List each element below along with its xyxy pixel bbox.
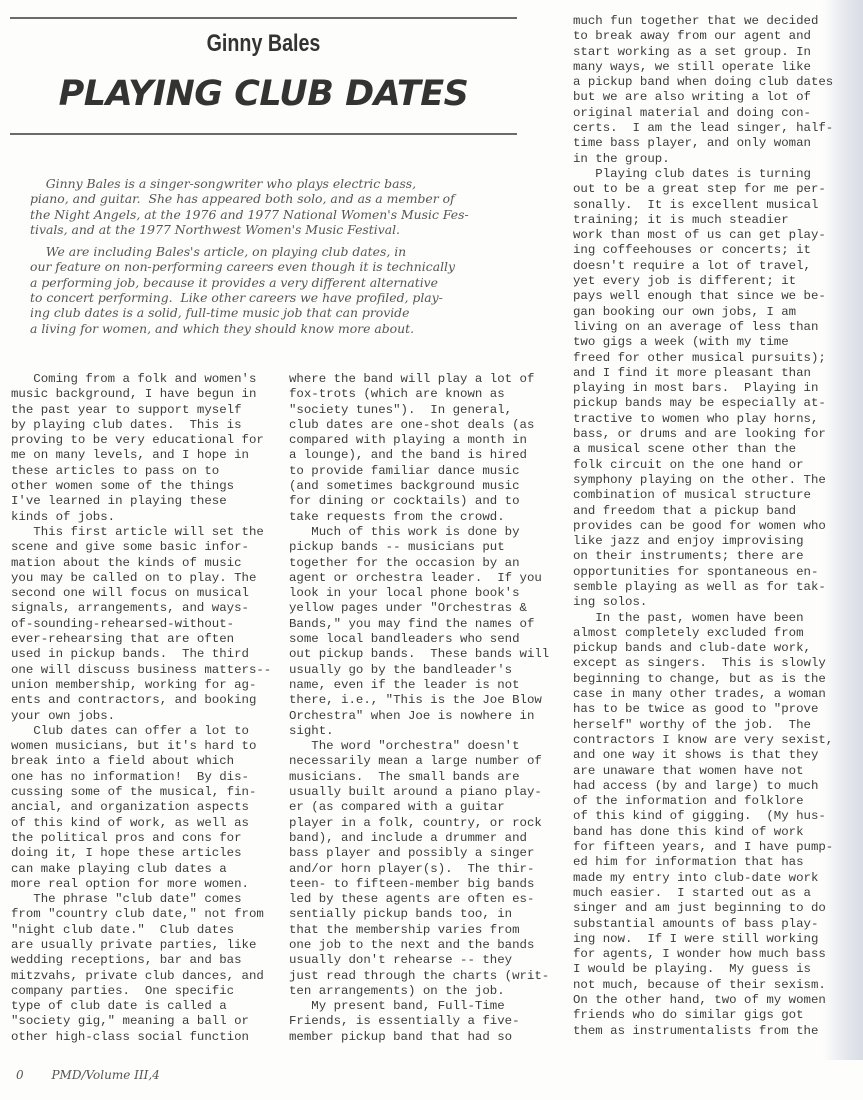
text-line: symphony playing on the other. The [573, 473, 833, 488]
body-column-middle: where the band will play a lot offox-tro… [289, 372, 549, 1045]
text-line: Orchestra" when Joe is nowhere in [289, 709, 549, 724]
text-line: much easier. I started out as a [573, 886, 833, 901]
text-line: that the membership varies from [289, 923, 549, 938]
text-line: herself" worthy of the job. The [573, 718, 833, 733]
text-line: for fifteen years, and I have pump- [573, 840, 833, 855]
text-line: of this kind of work, as well as [11, 816, 271, 831]
text-line: club dates are one-shot deals (as [289, 418, 549, 433]
text-line: of this kind of gigging. (My hus- [573, 809, 833, 824]
text-line: kinds of jobs. [11, 510, 271, 525]
text-line: ed him for information that has [573, 855, 833, 870]
text-line: The word "orchestra" doesn't [289, 739, 549, 754]
text-line: almost completely excluded from [573, 626, 833, 641]
text-line: scene and give some basic infor- [11, 540, 271, 555]
text-line: you may be called on to play. The [11, 571, 271, 586]
text-line: together for the occasion by an [289, 556, 549, 571]
text-line: by playing club dates. This is [11, 418, 271, 433]
text-line: one will discuss business matters-- [11, 663, 271, 678]
text-line: usually go by the bandleader's [289, 663, 549, 678]
text-line: are unaware that women have not [573, 764, 833, 779]
text-line: ancial, and organization aspects [11, 800, 271, 815]
text-line: just read through the charts (writ- [289, 969, 549, 984]
text-line: Playing club dates is turning [573, 167, 833, 182]
text-line: The phrase "club date" comes [11, 892, 271, 907]
text-line: "night club date." Club dates [11, 923, 271, 938]
text-line: to break away from our agent and [573, 29, 833, 44]
text-line: a musical scene other than the [573, 442, 833, 457]
text-line: of the information and folklore [573, 794, 833, 809]
text-line: agent or orchestra leader. If you [289, 571, 549, 586]
text-line: substantial amounts of bass play- [573, 917, 833, 932]
text-line: other women some of the things [11, 479, 271, 494]
text-line: on their instruments; there are [573, 549, 833, 564]
text-line: of-sounding-rehearsed-without- [11, 617, 271, 632]
text-line: beginning to change, but as is the [573, 672, 833, 687]
text-line: look in your local phone book's [289, 586, 549, 601]
text-line: from "country club date," not from [11, 907, 271, 922]
text-line: and freedom that a pickup band [573, 504, 833, 519]
text-line: pays well enough that since we be- [573, 289, 833, 304]
text-line: I would be playing. My guess is [573, 962, 833, 977]
header-rule-top [10, 17, 517, 19]
text-line: the political pros and cons for [11, 831, 271, 846]
text-line: ing coffeehouses or concerts; it [573, 243, 833, 258]
text-line: music background, I have begun in [11, 387, 271, 402]
text-line: case in many other trades, a woman [573, 687, 833, 702]
text-line: company parties. One specific [11, 984, 271, 999]
text-line: for agents, I wonder how much bass [573, 947, 833, 962]
text-line: contractors I know are very sexist, [573, 733, 833, 748]
text-line: singer and am just beginning to do [573, 901, 833, 916]
text-line: friends who do similar gigs got [573, 1008, 833, 1023]
text-line: used in pickup bands. The third [11, 647, 271, 662]
text-line: member pickup band that had so [289, 1030, 549, 1045]
text-line: combination of musical structure [573, 488, 833, 503]
text-line: where the band will play a lot of [289, 372, 549, 387]
text-line: Much of this work is done by [289, 525, 549, 540]
text-line: break into a field about which [11, 754, 271, 769]
text-line: wedding receptions, bar and bas [11, 953, 271, 968]
text-line: take requests from the crowd. [289, 510, 549, 525]
text-line: name, even if the leader is not [289, 678, 549, 693]
text-line: freed for other musical pursuits); [573, 351, 833, 366]
text-line: "society gig," meaning a ball or [11, 1014, 271, 1029]
text-line: can make playing club dates a [11, 862, 271, 877]
text-line: union membership, working for ag- [11, 678, 271, 693]
text-line: pickup bands may be especially at- [573, 396, 833, 411]
text-line: cussing some of the musical, fin- [11, 785, 271, 800]
text-line: Friends, is essentially a five- [289, 1014, 549, 1029]
text-line: I've learned in playing these [11, 494, 271, 509]
text-line: and I find it more pleasant than [573, 366, 833, 381]
text-line: opportunities for spontaneous en- [573, 565, 833, 580]
text-line: a pickup band when doing club dates [573, 75, 833, 90]
text-line: usually don't rehearse -- they [289, 953, 549, 968]
text-line: time bass player, and only woman [573, 136, 833, 151]
text-line: certs. I am the lead singer, half- [573, 121, 833, 136]
text-line: er (as compared with a guitar [289, 800, 549, 815]
text-line: there, i.e., "This is the Joe Blow [289, 693, 549, 708]
text-line: ents and contractors, and booking [11, 693, 271, 708]
text-line: living on an average of less than [573, 320, 833, 335]
text-line: but we are also writing a lot of [573, 90, 833, 105]
text-line: out to be a great step for me per- [573, 182, 833, 197]
text-line: one has no information! By dis- [11, 770, 271, 785]
text-line: the past year to support myself [11, 403, 271, 418]
text-line: your own jobs. [11, 709, 271, 724]
text-line: ten arrangements) on the job. [289, 984, 549, 999]
text-line: player in a folk, country, or rock [289, 816, 549, 831]
text-line: compared with playing a month in [289, 433, 549, 448]
text-line: fox-trots (which are known as [289, 387, 549, 402]
text-line: doesn't require a lot of travel, [573, 259, 833, 274]
text-line: these articles to pass on to [11, 464, 271, 479]
article-title: PLAYING CLUB DATES [10, 74, 517, 114]
text-line: pickup bands and club-date work, [573, 641, 833, 656]
text-line: are usually private parties, like [11, 938, 271, 953]
text-line: for dining or cocktails) and to [289, 494, 549, 509]
text-line: ing solos. [573, 595, 833, 610]
header-rule-bottom [10, 133, 517, 135]
text-line: them as instrumentalists from the [573, 1024, 833, 1039]
text-line: other high-class social function [11, 1030, 271, 1045]
text-line: signals, arrangements, and ways- [11, 601, 271, 616]
text-line: out pickup bands. These bands will [289, 647, 549, 662]
text-line: original material and doing con- [573, 106, 833, 121]
text-line: mitzvahs, private club dances, and [11, 969, 271, 984]
text-line: band has done this kind of work [573, 825, 833, 840]
text-line: band), and include a drummer and [289, 831, 549, 846]
text-line: me on many levels, and I hope in [11, 448, 271, 463]
text-line: one job to the next and the bands [289, 938, 549, 953]
text-line: usually built around a piano play- [289, 785, 549, 800]
page-number: 0 [16, 1068, 24, 1082]
text-line: more real option for more women. [11, 877, 271, 892]
intro-paragraph-bio: Ginny Bales is a singer-songwriter who p… [30, 176, 500, 237]
text-line: "society tunes"). In general, [289, 403, 549, 418]
text-line: yellow pages under "Orchestras & [289, 601, 549, 616]
text-line: Club dates can offer a lot to [11, 724, 271, 739]
text-line: pickup bands -- musicians put [289, 540, 549, 555]
text-line: work than most of us can get play- [573, 228, 833, 243]
text-line: musicians. The small bands are [289, 770, 549, 785]
text-line: semble playing as well as for tak- [573, 580, 833, 595]
intro-paragraph-editorial: We are including Bales's article, on pla… [30, 244, 500, 336]
text-line: like jazz and enjoy improvising [573, 534, 833, 549]
text-line: start working as a set group. In [573, 45, 833, 60]
text-line: many ways, we still operate like [573, 60, 833, 75]
article-author: Ginny Bales [56, 30, 472, 58]
text-line: This first article will set the [11, 525, 271, 540]
text-line: and/or horn player(s). The thir- [289, 862, 549, 877]
text-line: necessarily mean a large number of [289, 754, 549, 769]
text-line: much fun together that we decided [573, 14, 833, 29]
text-line: proving to be very educational for [11, 433, 271, 448]
text-line: mation about the kinds of music [11, 556, 271, 571]
text-line: doing it, I hope these articles [11, 846, 271, 861]
text-line: yet every job is different; it [573, 274, 833, 289]
text-line: to provide familiar dance music [289, 464, 549, 479]
text-line: sonally. It is excellent musical [573, 198, 833, 213]
text-line: two gigs a week (with my time [573, 335, 833, 350]
text-line: has to be twice as good to "prove [573, 702, 833, 717]
text-line: On the other hand, two of my women [573, 993, 833, 1008]
text-line: in the group. [573, 152, 833, 167]
text-line: some local bandleaders who send [289, 632, 549, 647]
text-line: except as singers. This is slowly [573, 656, 833, 671]
text-line: sentially pickup bands too, in [289, 907, 549, 922]
text-line: (and sometimes background music [289, 479, 549, 494]
body-column-left: Coming from a folk and women'smusic back… [11, 372, 271, 1045]
text-line: Bands," you may find the names of [289, 617, 549, 632]
text-line: bass, or drums and are looking for [573, 427, 833, 442]
text-line: type of club date is called a [11, 999, 271, 1014]
publication-volume: PMD/Volume III,4 [51, 1068, 159, 1082]
article-intro: Ginny Bales is a singer-songwriter who p… [30, 176, 500, 343]
text-line: tractive to women who play horns, [573, 412, 833, 427]
text-line: sight. [289, 724, 549, 739]
text-line: had access (by and large) to much [573, 779, 833, 794]
text-line: made my entry into club-date work [573, 871, 833, 886]
text-line: provides can be good for women who [573, 519, 833, 534]
text-line: ever-rehearsing that are often [11, 632, 271, 647]
text-line: led by these agents are often es- [289, 892, 549, 907]
body-column-right: much fun together that we decidedto brea… [573, 14, 833, 1039]
text-line: not much, because of their sexism. [573, 978, 833, 993]
text-line: ing now. If I were still working [573, 932, 833, 947]
text-line: gan booking our own jobs, I am [573, 305, 833, 320]
text-line: training; it is much steadier [573, 213, 833, 228]
text-line: In the past, women have been [573, 611, 833, 626]
text-line: a lounge), and the band is hired [289, 448, 549, 463]
page-footer: 0 PMD/Volume III,4 [16, 1068, 184, 1082]
text-line: women musicians, but it's hard to [11, 739, 271, 754]
text-line: Coming from a folk and women's [11, 372, 271, 387]
text-line: second one will focus on musical [11, 586, 271, 601]
text-line: teen- to fifteen-member big bands [289, 877, 549, 892]
text-line: and one way it shows is that they [573, 748, 833, 763]
text-line: bass player and possibly a singer [289, 846, 549, 861]
text-line: My present band, Full-Time [289, 999, 549, 1014]
text-line: folk circuit on the one hand or [573, 458, 833, 473]
text-line: playing in most bars. Playing in [573, 381, 833, 396]
